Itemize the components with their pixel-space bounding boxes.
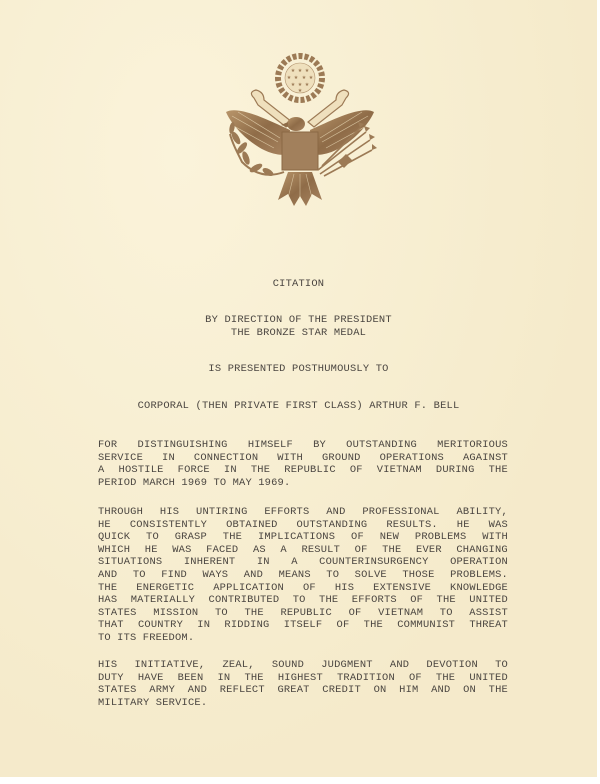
citation-paragraph-1: FORDISTINGUISHINGHIMSELFBYOUTSTANDINGMER…	[98, 439, 508, 489]
paragraph-line: ANDTOFINDWAYSANDMEANSTOSOLVETHOSEPROBLEM…	[98, 569, 508, 582]
paragraph-line: WHICHHEWASFACEDASARESULTOFTHEEVERCHANGIN…	[98, 544, 508, 557]
svg-text:★: ★	[294, 75, 299, 81]
svg-text:★: ★	[305, 82, 310, 88]
paragraph-line: QUICKTOGRASPTHEIMPLICATIONSOFNEWPROBLEMS…	[98, 531, 508, 544]
paragraph-line: STATESMISSIONTOTHEREPUBLICOFVIETNAMTOASS…	[98, 607, 508, 620]
svg-text:★: ★	[305, 68, 310, 74]
svg-text:★: ★	[302, 75, 307, 81]
svg-text:★: ★	[291, 82, 296, 88]
paragraph-line: THROUGHHISUNTIRINGEFFORTSANDPROFESSIONAL…	[98, 506, 508, 519]
paragraph-line: DUTYHAVEBEENINTHEHIGHESTTRADITIONOFTHEUN…	[98, 672, 508, 685]
citation-paragraph-3: HISINITIATIVE,ZEAL,SOUNDJUDGMENTANDDEVOT…	[98, 659, 508, 709]
paragraph-line: FORDISTINGUISHINGHIMSELFBYOUTSTANDINGMER…	[98, 439, 508, 452]
paragraph-line: HASMATERIALLYCONTRIBUTEDTOTHEEFFORTSOFTH…	[98, 594, 508, 607]
award-name: THE BRONZE STAR MEDAL	[0, 327, 597, 340]
paragraph-line: AHOSTILEFORCEINTHEREPUBLICOFVIETNAMDURIN…	[98, 464, 508, 477]
great-seal-eagle-icon: ★★★ ★★★★ ★★★ ★	[208, 50, 392, 220]
svg-text:★: ★	[309, 75, 314, 81]
presentation-line: IS PRESENTED POSTHUMOUSLY TO	[0, 363, 597, 376]
paragraph-line: SITUATIONSINHERENTINACOUNTERINSURGENCYOP…	[98, 556, 508, 569]
citation-page: ★★★ ★★★★ ★★★ ★	[0, 0, 597, 777]
svg-text:★: ★	[298, 68, 303, 74]
paragraph-line: STATESARMYANDREFLECTGREATCREDITONHIMANDO…	[98, 684, 508, 697]
paragraph-line: MILITARYSERVICE.	[98, 697, 508, 710]
paragraph-line: PERIODMARCH1969TOMAY1969.	[98, 477, 508, 490]
paragraph-line: THEENERGETICAPPLICATIONOFHISEXTENSIVEKNO…	[98, 582, 508, 595]
authority-line: BY DIRECTION OF THE PRESIDENT	[0, 314, 597, 327]
svg-text:★: ★	[287, 75, 292, 81]
citation-paragraph-2: THROUGHHISUNTIRINGEFFORTSANDPROFESSIONAL…	[98, 506, 508, 645]
svg-text:★: ★	[298, 88, 303, 94]
paragraph-line: TOITSFREEDOM.	[98, 632, 508, 645]
recipient-name: CORPORAL (THEN PRIVATE FIRST CLASS) ARTH…	[0, 400, 597, 413]
paragraph-line: SERVICEINCONNECTIONWITHGROUNDOPERATIONSA…	[98, 452, 508, 465]
paragraph-line: THATCOUNTRYINRIDDINGITSELFOFTHECOMMUNIST…	[98, 619, 508, 632]
svg-text:★: ★	[291, 68, 296, 74]
citation-title: CITATION	[0, 278, 597, 291]
paragraph-line: HECONSISTENTLYOBTAINEDOUTSTANDINGRESULTS…	[98, 519, 508, 532]
paragraph-line: HISINITIATIVE,ZEAL,SOUNDJUDGMENTANDDEVOT…	[98, 659, 508, 672]
